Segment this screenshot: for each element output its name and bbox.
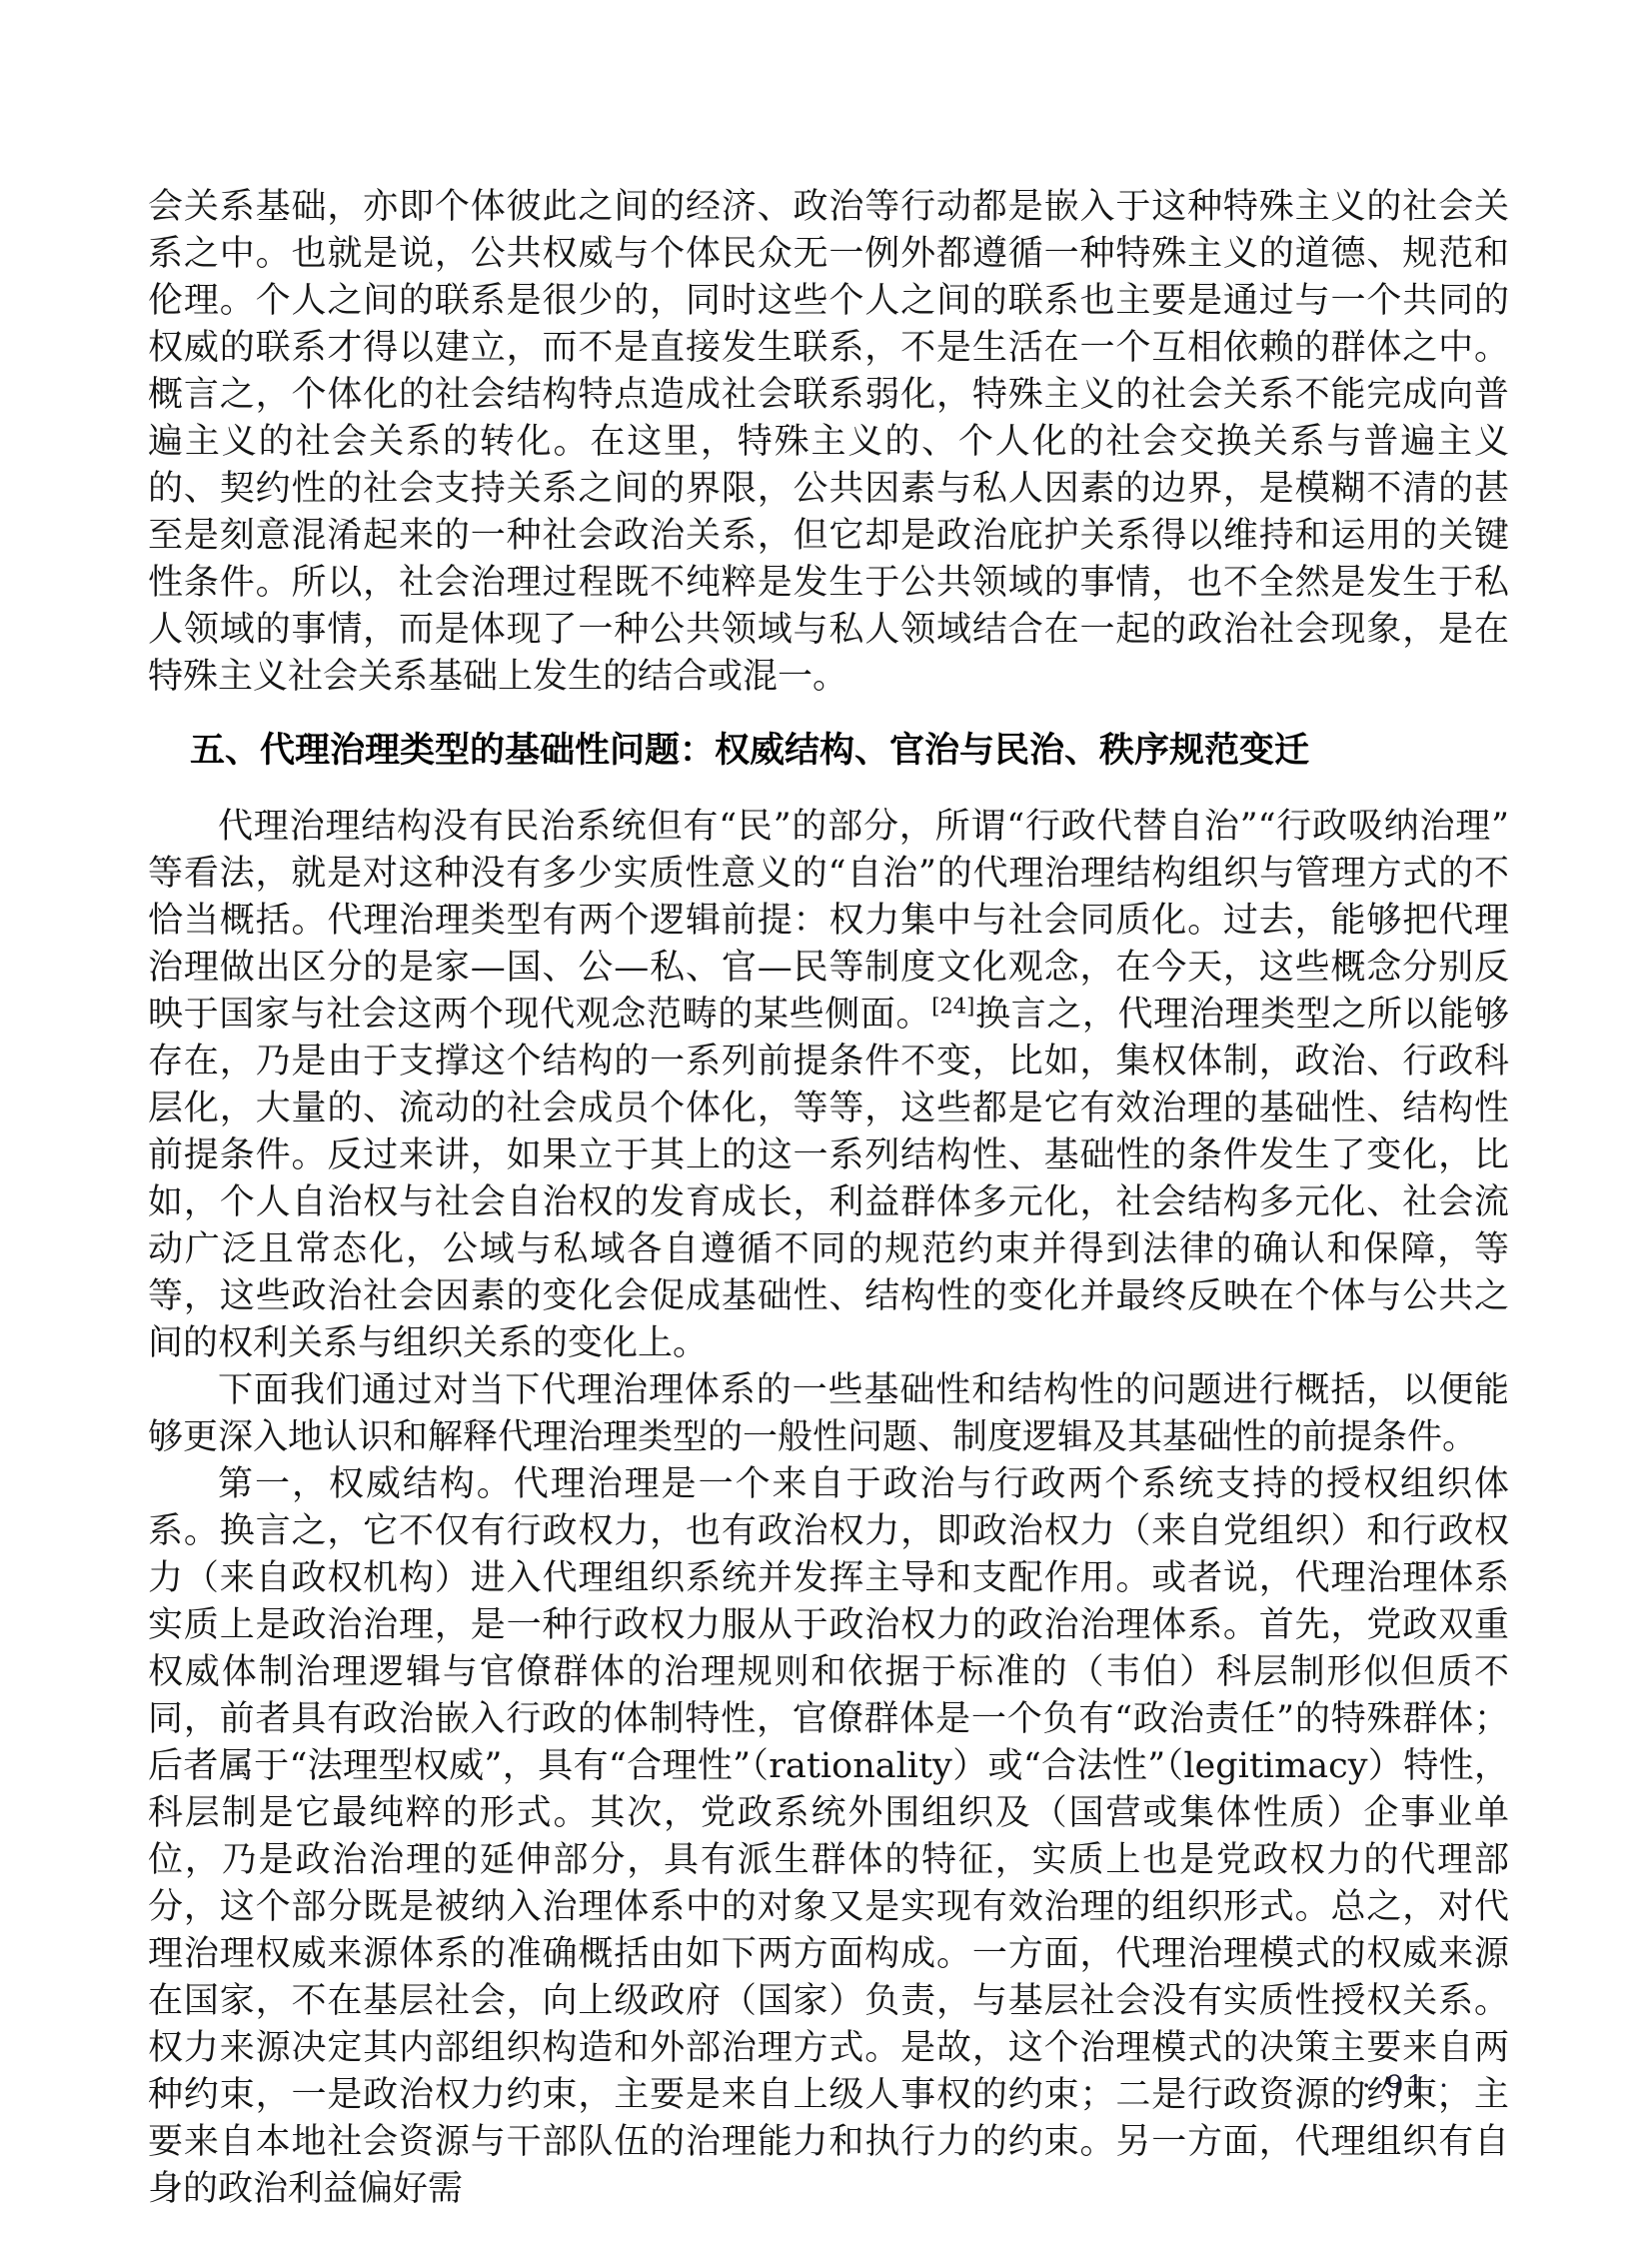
footnote-reference-24: [24] [931, 994, 974, 1018]
document-page: 会关系基础，亦即个体彼此之间的经济、政治等行动都是嵌入于这种特殊主义的社会关系之… [0, 0, 1652, 2243]
section-heading: 五、代理治理类型的基础性问题：权威结构、官治与民治、秩序规范变迁 [148, 728, 1509, 775]
continuation-paragraph: 会关系基础，亦即个体彼此之间的经济、政治等行动都是嵌入于这种特殊主义的社会关系之… [148, 184, 1509, 701]
paragraph-text-after-footnote: 换言之，代理治理类型之所以能够存在，乃是由于支撑这个结构的一系列前提条件不变，比… [148, 995, 1509, 1363]
paragraph-overview: 下面我们通过对当下代理治理体系的一些基础性和结构性的问题进行概括，以便能够更深入… [148, 1367, 1509, 1461]
paragraph-agency-types: 代理治理结构没有民治系统但有“民”的部分，所谓“行政代替自治”“行政吸纳治理”等… [148, 804, 1509, 1367]
page-footer: · 91 · [148, 2069, 1509, 2102]
page-number: · 91 · [1362, 2069, 1451, 2102]
article-body: 会关系基础，亦即个体彼此之间的经济、政治等行动都是嵌入于这种特殊主义的社会关系之… [148, 184, 1509, 2213]
